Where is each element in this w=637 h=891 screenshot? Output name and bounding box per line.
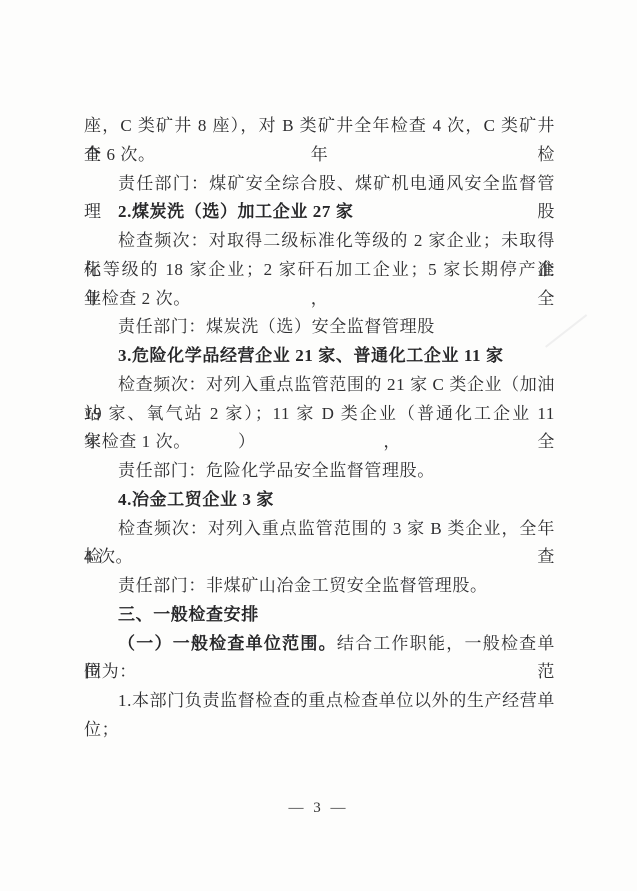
body-line: 化等级的 18 家企业；2 家矸石加工企业；5 家长期停产企业，全 [84, 256, 555, 285]
body-line: 检查频次：对列入重点监管范围的 21 家 C 类企业（加油站 [84, 371, 555, 400]
subsection-heading: （一）一般检查单位范围。 [118, 634, 337, 653]
body-line: （一）一般检查单位范围。结合工作职能，一般检查单位范 [84, 630, 555, 659]
body-line: 位； [84, 716, 555, 745]
page-number: — 3 — [0, 800, 637, 817]
body-line: 19 家、氧气站 2 家）；11 家 D 类企业（普通化工企业 11 家），全 [84, 400, 555, 429]
document-page: 座，C 类矿井 8 座），对 B 类矿井全年检查 4 次，C 类矿井全年检 查 … [0, 0, 637, 891]
body-line: 1.本部门负责监督检查的重点检查单位以外的生产经营单 [84, 687, 555, 716]
section-heading: 3.危险化学品经营企业 21 家、普通化工企业 11 家 [84, 342, 555, 371]
document-body: 座，C 类矿井 8 座），对 B 类矿井全年检查 4 次，C 类矿井全年检 查 … [84, 112, 555, 745]
body-line: 座，C 类矿井 8 座），对 B 类矿井全年检查 4 次，C 类矿井全年检 [84, 112, 555, 141]
body-line: 检查频次：对取得二级标准化等级的 2 家企业；未取得标准 [84, 227, 555, 256]
section-heading: 4.冶金工贸企业 3 家 [84, 486, 555, 515]
body-line: 责任部门：煤矿安全综合股、煤矿机电通风安全监督管理股 [84, 170, 555, 199]
body-line: 责任部门：煤炭洗（选）安全监督管理股 [84, 313, 555, 342]
body-line: 责任部门：危险化学品安全监督管理股。 [84, 457, 555, 486]
section-heading: 三、一般检查安排 [84, 601, 555, 630]
body-line: 责任部门：非煤矿山冶金工贸安全监督管理股。 [84, 572, 555, 601]
body-line: 检查频次：对列入重点监管范围的 3 家 B 类企业，全年检查 [84, 515, 555, 544]
